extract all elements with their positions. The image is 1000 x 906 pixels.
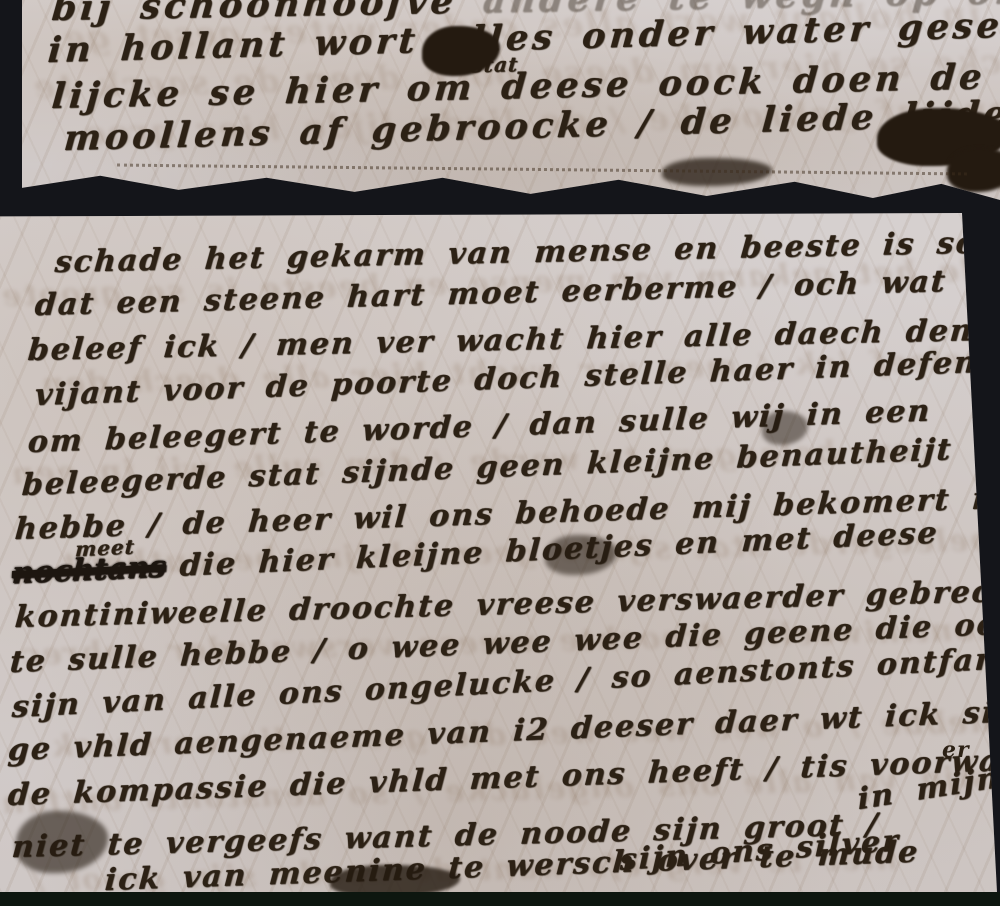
- stitch-line: [117, 164, 967, 176]
- ink-blot: [947, 148, 1000, 192]
- letter-fragment-top: in hollant wort alles onder water geset …: [22, 0, 1000, 202]
- ink-blot: [545, 535, 617, 575]
- letter-page-main: schade het gekarm van mense en beeste is…: [0, 213, 1000, 892]
- manuscript-photo: in hollant wort alles onder water geset …: [0, 0, 1000, 906]
- table-surface-strip: [0, 892, 1000, 906]
- superscript-insertion: meet: [75, 535, 136, 562]
- superscript-insertion: er: [942, 737, 970, 763]
